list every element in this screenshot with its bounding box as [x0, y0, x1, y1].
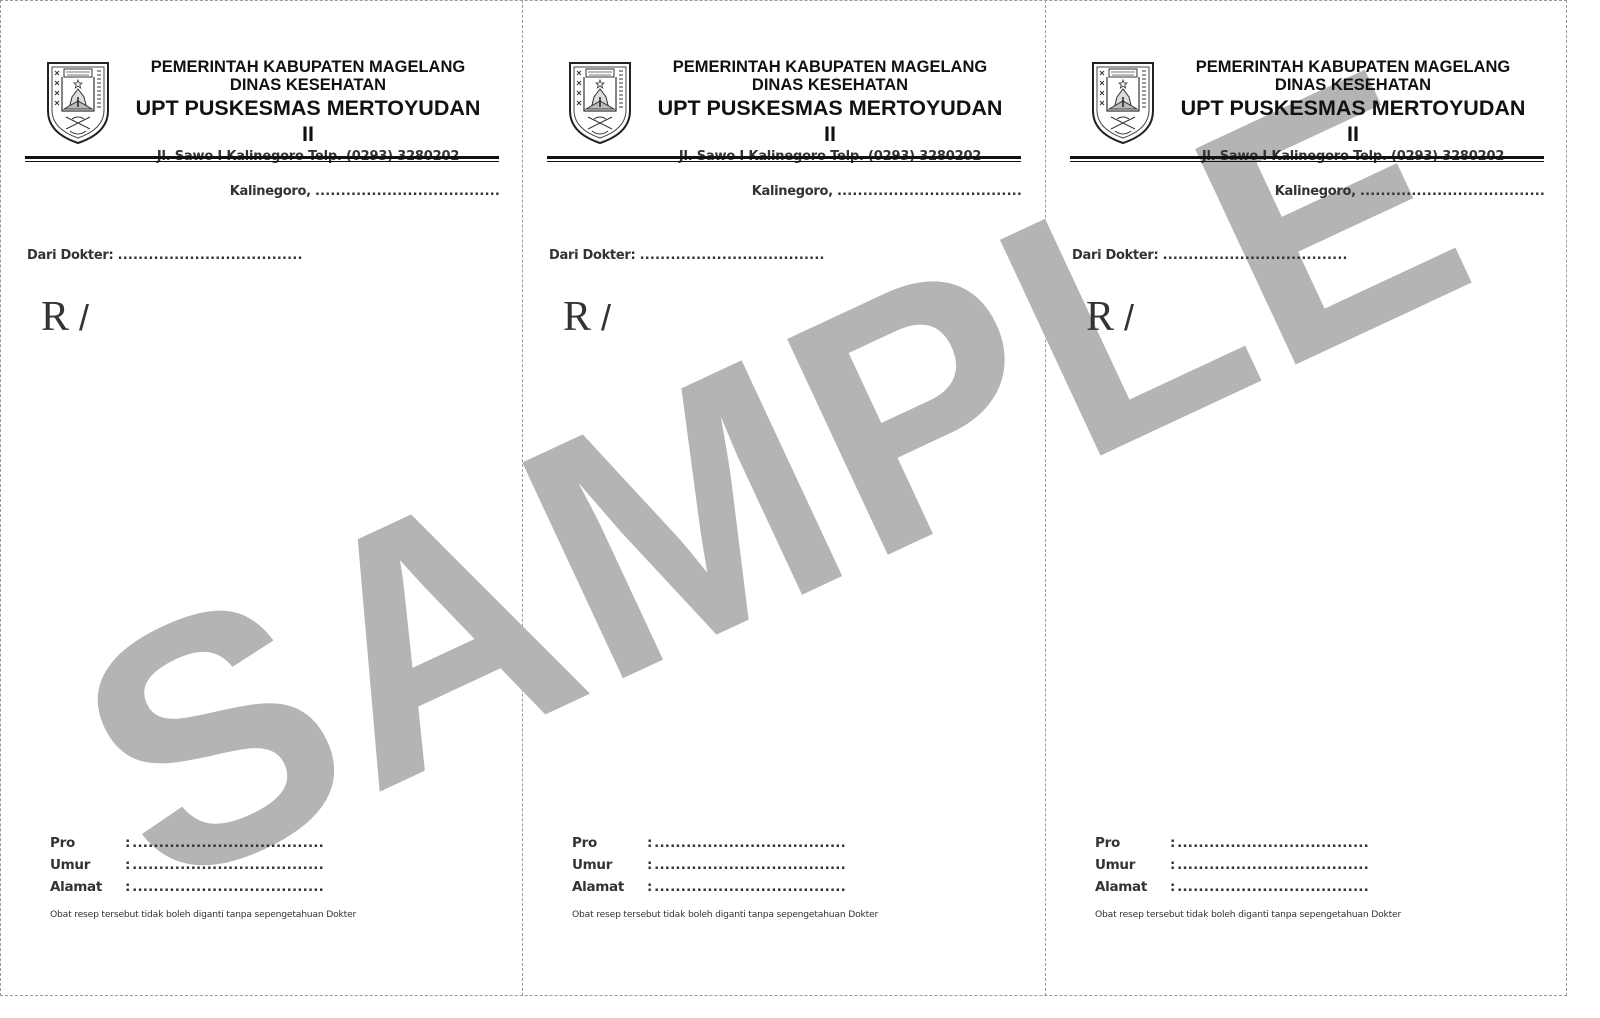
- field-colon: :: [647, 835, 652, 851]
- department-name: DINAS KESEHATAN: [652, 76, 1008, 94]
- field-colon: :: [1170, 879, 1175, 895]
- letterhead-rule-thick: [547, 156, 1021, 159]
- field-value[interactable]: ....................................: [1177, 835, 1369, 851]
- prescription-note: Obat resep tersebut tidak boleh diganti …: [50, 909, 356, 920]
- field-value[interactable]: ....................................: [132, 835, 324, 851]
- patient-field-row: Alamat:.................................…: [572, 879, 846, 901]
- letterhead-rule-thin: [547, 161, 1021, 162]
- patient-field-row: Pro:....................................: [50, 835, 324, 857]
- letterhead: PEMERINTAH KABUPATEN MAGELANG DINAS KESE…: [652, 58, 1008, 167]
- letterhead-rule-thick: [1070, 156, 1544, 159]
- clinic-name: UPT PUSKESMAS MERTOYUDAN II: [652, 95, 1008, 147]
- patient-field-row: Umur:...................................…: [1095, 857, 1369, 879]
- kabupaten-magelang-emblem-icon: [568, 61, 632, 145]
- doctor-line: Dari Dokter: ...........................…: [549, 248, 825, 263]
- field-label: Alamat: [572, 879, 647, 895]
- patient-fields: Pro:....................................…: [50, 835, 324, 901]
- rx-slash: /: [79, 297, 89, 338]
- letterhead-rule-thick: [25, 156, 499, 159]
- department-name: DINAS KESEHATAN: [1175, 76, 1531, 94]
- date-field[interactable]: ....................................: [837, 184, 1022, 199]
- kabupaten-magelang-emblem-icon: [1091, 61, 1155, 145]
- field-value[interactable]: ....................................: [654, 879, 846, 895]
- government-name: PEMERINTAH KABUPATEN MAGELANG: [652, 58, 1008, 76]
- recipe-symbol: R/: [563, 293, 611, 341]
- letterhead-rule-thin: [1070, 161, 1544, 162]
- rx-slash: /: [1124, 297, 1134, 338]
- patient-fields: Pro:....................................…: [1095, 835, 1369, 901]
- field-label: Umur: [50, 857, 125, 873]
- field-colon: :: [125, 879, 130, 895]
- doctor-field[interactable]: ....................................: [118, 248, 303, 263]
- field-colon: :: [1170, 835, 1175, 851]
- place-label: Kalinegoro,: [1275, 184, 1356, 199]
- letterhead: PEMERINTAH KABUPATEN MAGELANG DINAS KESE…: [1175, 58, 1531, 167]
- place-label: Kalinegoro,: [752, 184, 833, 199]
- patient-field-row: Umur:...................................…: [572, 857, 846, 879]
- patient-fields: Pro:....................................…: [572, 835, 846, 901]
- field-colon: :: [647, 857, 652, 873]
- field-label: Umur: [1095, 857, 1170, 873]
- doctor-line: Dari Dokter: ...........................…: [1072, 248, 1348, 263]
- clinic-name: UPT PUSKESMAS MERTOYUDAN II: [130, 95, 486, 147]
- doctor-field[interactable]: ....................................: [1163, 248, 1348, 263]
- patient-field-row: Pro:....................................: [1095, 835, 1369, 857]
- clinic-name: UPT PUSKESMAS MERTOYUDAN II: [1175, 95, 1531, 147]
- field-label: Pro: [1095, 835, 1170, 851]
- field-colon: :: [1170, 857, 1175, 873]
- doctor-line: Dari Dokter: ...........................…: [27, 248, 303, 263]
- date-field[interactable]: ....................................: [1360, 184, 1545, 199]
- letterhead-rule-thin: [25, 161, 499, 162]
- recipe-symbol: R/: [1086, 293, 1134, 341]
- field-value[interactable]: ....................................: [654, 835, 846, 851]
- field-label: Alamat: [1095, 879, 1170, 895]
- recipe-symbol: R/: [41, 293, 89, 341]
- date-place-line: Kalinegoro, ............................…: [230, 184, 500, 199]
- field-label: Umur: [572, 857, 647, 873]
- field-value[interactable]: ....................................: [132, 879, 324, 895]
- doctor-field[interactable]: ....................................: [640, 248, 825, 263]
- prescription-form-2: PEMERINTAH KABUPATEN MAGELANG DINAS KESE…: [522, 0, 1044, 996]
- prescription-note: Obat resep tersebut tidak boleh diganti …: [572, 909, 878, 920]
- patient-field-row: Alamat:.................................…: [1095, 879, 1369, 901]
- rx-letter: R: [41, 294, 69, 340]
- field-value[interactable]: ....................................: [132, 857, 324, 873]
- department-name: DINAS KESEHATAN: [130, 76, 486, 94]
- prescription-form-3: PEMERINTAH KABUPATEN MAGELANG DINAS KESE…: [1045, 0, 1567, 996]
- patient-field-row: Alamat:.................................…: [50, 879, 324, 901]
- field-label: Pro: [50, 835, 125, 851]
- letterhead: PEMERINTAH KABUPATEN MAGELANG DINAS KESE…: [130, 58, 486, 167]
- prescription-form-1: PEMERINTAH KABUPATEN MAGELANG DINAS KESE…: [0, 0, 522, 996]
- field-value[interactable]: ....................................: [1177, 879, 1369, 895]
- date-place-line: Kalinegoro, ............................…: [752, 184, 1022, 199]
- field-colon: :: [125, 857, 130, 873]
- government-name: PEMERINTAH KABUPATEN MAGELANG: [1175, 58, 1531, 76]
- doctor-label: Dari Dokter:: [1072, 248, 1158, 263]
- government-name: PEMERINTAH KABUPATEN MAGELANG: [130, 58, 486, 76]
- patient-field-row: Pro:....................................: [572, 835, 846, 857]
- field-colon: :: [647, 879, 652, 895]
- doctor-label: Dari Dokter:: [27, 248, 113, 263]
- prescription-note: Obat resep tersebut tidak boleh diganti …: [1095, 909, 1401, 920]
- patient-field-row: Umur:...................................…: [50, 857, 324, 879]
- rx-letter: R: [563, 294, 591, 340]
- field-label: Alamat: [50, 879, 125, 895]
- field-value[interactable]: ....................................: [1177, 857, 1369, 873]
- doctor-label: Dari Dokter:: [549, 248, 635, 263]
- place-label: Kalinegoro,: [230, 184, 311, 199]
- kabupaten-magelang-emblem-icon: [46, 61, 110, 145]
- field-value[interactable]: ....................................: [654, 857, 846, 873]
- date-field[interactable]: ....................................: [315, 184, 500, 199]
- field-colon: :: [125, 835, 130, 851]
- rx-slash: /: [601, 297, 611, 338]
- rx-letter: R: [1086, 294, 1114, 340]
- field-label: Pro: [572, 835, 647, 851]
- date-place-line: Kalinegoro, ............................…: [1275, 184, 1545, 199]
